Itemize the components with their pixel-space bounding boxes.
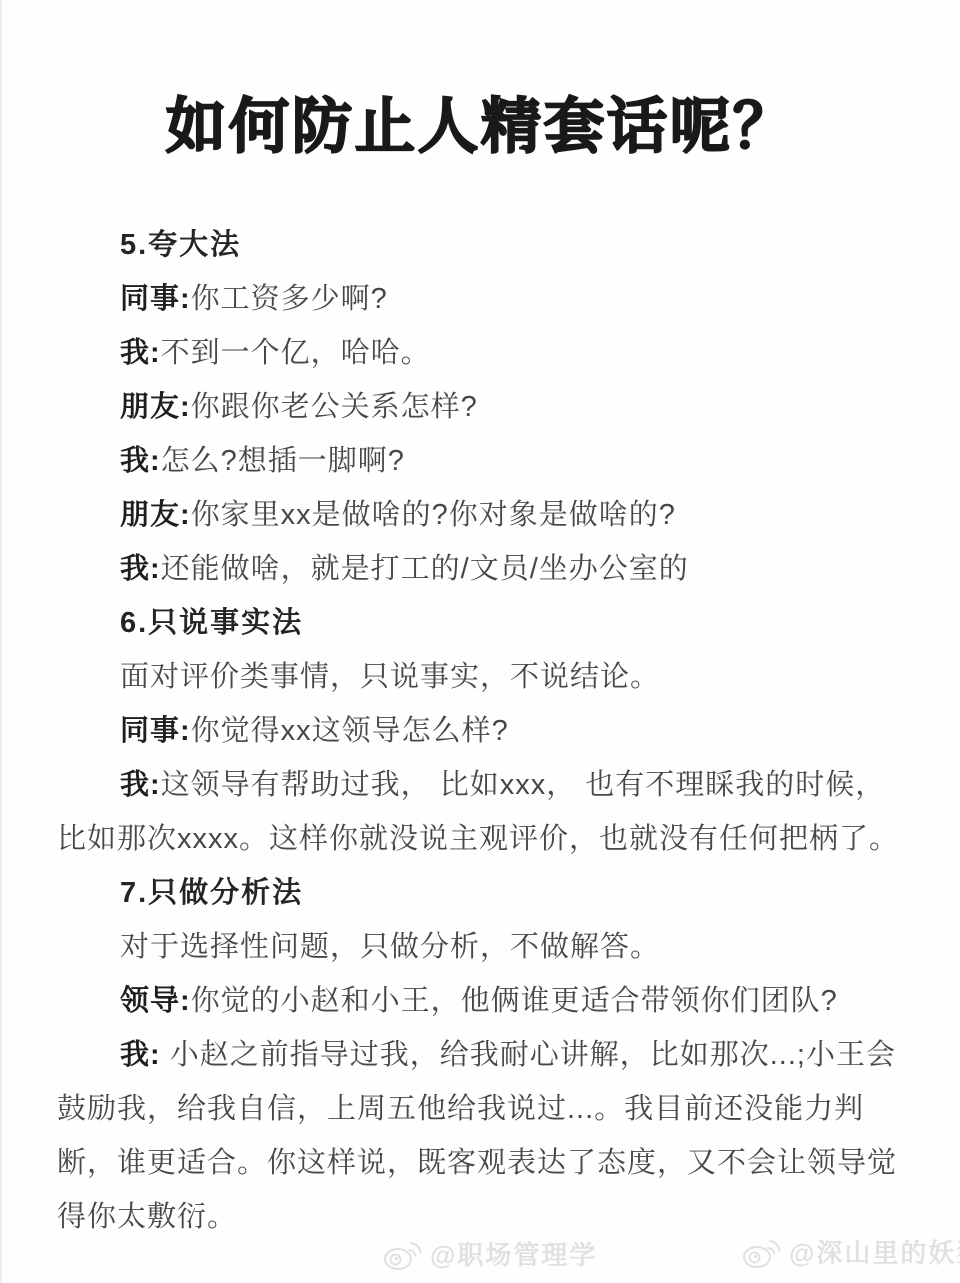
weibo-icon	[742, 1234, 782, 1270]
dialogue-line: 我:这领导有帮助过我， 比如xxx， 也有不理睬我的时候，比如那次xxxx。这样…	[57, 758, 904, 866]
dialogue-line: 同事:你工资多少啊?	[57, 272, 904, 326]
article-page: 如何防止人精套话呢？ 5.夸大法同事:你工资多少啊?我:不到一个亿，哈哈。朋友:…	[0, 0, 960, 1283]
dialogue-line: 对于选择性问题，只做分析，不做解答。	[57, 920, 904, 974]
speaker-label: 同事:	[120, 283, 191, 315]
speaker-label: 朋友:	[120, 391, 191, 423]
speaker-label: 我:	[120, 337, 161, 369]
section-heading: 5.夸大法	[57, 218, 904, 272]
speaker-label: 我:	[120, 553, 161, 585]
watermark-author-2: @深山里的妖狐	[742, 1233, 960, 1270]
watermark-author-1: @职场管理学	[383, 1235, 597, 1272]
dialogue-line: 朋友:你跟你老公关系怎样?	[57, 380, 904, 434]
dialogue-line: 同事:你觉得xx这领导怎么样?	[57, 704, 904, 758]
dialogue-line: 面对评价类事情，只说事实，不说结论。	[57, 650, 904, 704]
dialogue-line: 我:怎么?想插一脚啊?	[57, 434, 904, 488]
dialogue-line: 朋友:你家里xx是做啥的?你对象是做啥的?	[57, 488, 904, 542]
weibo-icon	[383, 1236, 423, 1272]
page-title: 如何防止人精套话呢？	[2, 88, 960, 166]
watermark-handle: @职场管理学	[430, 1235, 597, 1272]
speaker-label: 我:	[120, 1039, 161, 1071]
watermark-handle: @深山里的妖狐	[789, 1233, 960, 1270]
section-heading: 6.只说事实法	[57, 596, 904, 650]
speaker-label: 领导:	[120, 985, 191, 1017]
speaker-label: 同事:	[120, 715, 191, 747]
section-heading: 7.只做分析法	[57, 866, 904, 920]
dialogue-line: 领导:你觉的小赵和小王，他俩谁更适合带领你们团队?	[57, 974, 904, 1028]
speaker-label: 我:	[120, 769, 161, 801]
dialogue-line: 我: 小赵之前指导过我，给我耐心讲解，比如那次...;小王会鼓励我，给我自信，上…	[57, 1028, 904, 1244]
dialogue-line: 我:不到一个亿，哈哈。	[57, 326, 904, 380]
speaker-label: 我:	[120, 445, 161, 477]
speaker-label: 朋友:	[120, 499, 191, 531]
watermark-row: @职场管理学 @深山里的妖狐	[2, 1231, 960, 1277]
dialogue-line: 我:还能做啥，就是打工的/文员/坐办公室的	[57, 542, 904, 596]
article-body: 5.夸大法同事:你工资多少啊?我:不到一个亿，哈哈。朋友:你跟你老公关系怎样?我…	[2, 218, 960, 1244]
